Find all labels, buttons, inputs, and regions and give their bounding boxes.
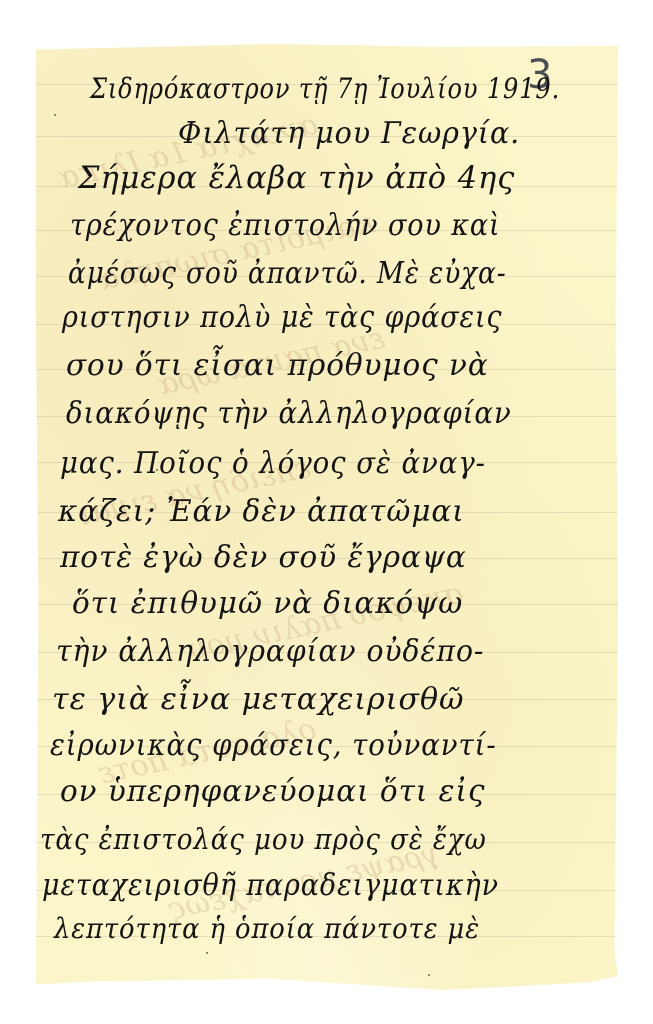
letter-body-line: ποτὲ ἐγὼ δὲν σοῦ ἔγραψα bbox=[60, 540, 467, 575]
paper-speck bbox=[428, 974, 430, 976]
letter-body-line: τρέχοντος ἐπιστολήν σου καὶ bbox=[70, 208, 500, 243]
letter-salutation: Φιλτάτη μου Γεωργία. bbox=[178, 116, 520, 151]
letter-body-line: μεταχειρισθῆ παραδειγματικὴν bbox=[42, 868, 499, 903]
letter-body-line: ον ὑπερηφανεύομαι ὅτι εἰς bbox=[60, 774, 485, 809]
letter-body-line: διακόψῃς τὴν ἀλληλογραφίαν bbox=[66, 396, 512, 431]
paper-speck bbox=[206, 952, 208, 954]
letter-body-line: τὰς ἐπιστολάς μου πρὸς σὲ ἔχω bbox=[40, 822, 487, 856]
letter-body-line: μας. Ποῖος ὁ λόγος σὲ ἀναγ- bbox=[60, 446, 486, 481]
letter-dateline: Σιδηρόκαστρον τῇ 7ῃ Ἰουλίου 1919. bbox=[90, 72, 560, 105]
letter-body-line: ριστησιν πολὺ μὲ τὰς φράσεις bbox=[62, 300, 502, 335]
letter-body-line: τε γιὰ εἶνα μεταχειρισθῶ bbox=[52, 682, 465, 717]
letter-body-line: εἰρωνικὰς φράσεις, τοὐναντί- bbox=[50, 728, 497, 763]
letter-body-line: ἀμέσως σοῦ ἀπαντῶ. Μὲ εὐχα- bbox=[68, 256, 507, 291]
scanned-letter-page: ανοιχτα 1α Ιλικα καιμοιτα σιωπηλα ενα πα… bbox=[0, 0, 653, 1024]
letter-body-line: σου ὅτι εἶσαι πρόθυμος νὰ bbox=[66, 348, 489, 383]
letter-body-line: Σήμερα ἔλαβα τὴν ἀπὸ 4ης bbox=[78, 160, 515, 196]
letter-body-line: τὴν ἀλληλογραφίαν οὐδέπο- bbox=[56, 634, 484, 669]
letter-body-line: λεπτότητα ἡ ὁποία πάντοτε μὲ bbox=[54, 912, 480, 945]
letter-body-line: κάζει; Ἐάν δὲν ἀπατῶμαι bbox=[58, 494, 465, 529]
letter-body-line: ὅτι ἐπιθυμῶ νὰ διακόψω bbox=[72, 586, 463, 621]
paper-speck bbox=[54, 114, 56, 116]
